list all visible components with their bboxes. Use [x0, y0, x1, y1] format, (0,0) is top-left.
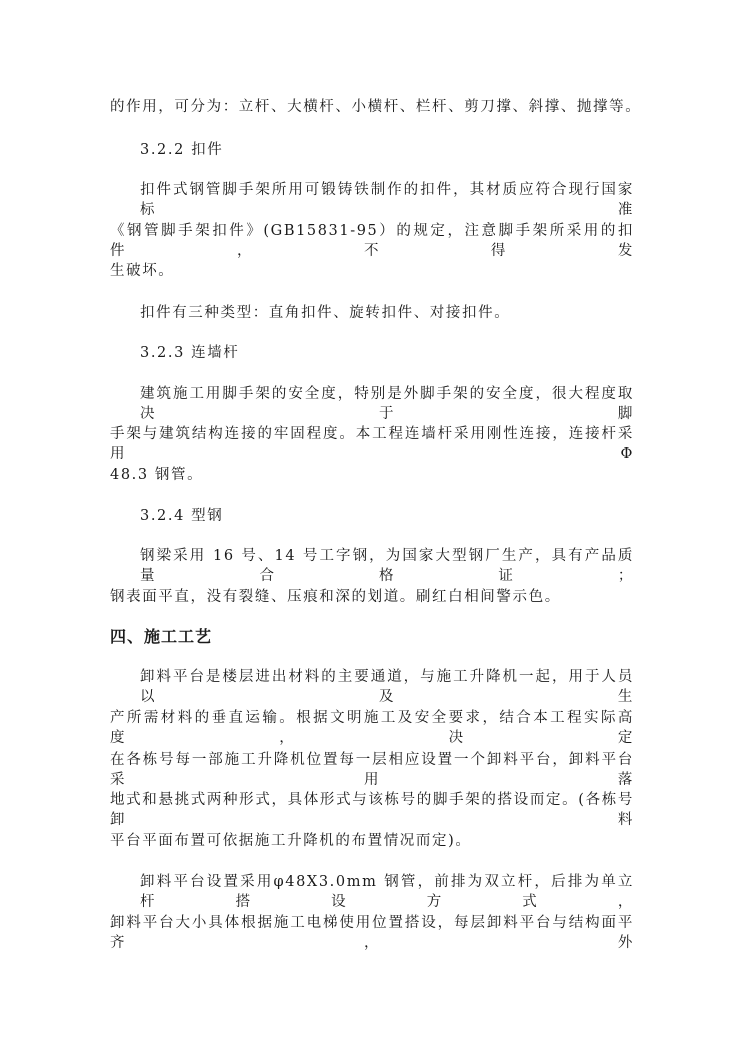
paragraph-line: 手架与建筑结构连接的牢固程度。本工程连墙杆采用刚性连接，连接杆采用Φ: [110, 424, 634, 464]
paragraph-line: 钢梁采用 16 号、14 号工字钢，为国家大型钢厂生产，具有产品质量合格证；: [140, 546, 634, 586]
paragraph-line: 产所需材料的垂直运输。根据文明施工及安全要求，结合本工程实际高度，决定: [110, 708, 634, 748]
paragraph-line: 卸料平台大小具体根据施工电梯使用位置搭设，每层卸料平台与结构面平齐，外: [110, 913, 634, 953]
paragraph-line: 卸料平台是楼层进出材料的主要通道，与施工升降机一起，用于人员以及生: [140, 667, 634, 707]
text-line-continuation: 的作用，可分为：立杆、大横杆、小横杆、栏杆、剪刀撑、斜撑、抛撑等。: [110, 97, 634, 117]
paragraph-line: 在各栋号每一部施工升降机位置每一层相应设置一个卸料平台，卸料平台采用落: [110, 750, 634, 790]
paragraph-line: 48.3 钢管。: [110, 465, 634, 485]
paragraph-line: 《钢管脚手架扣件》(GB15831-95）的规定，注意脚手架所采用的扣件，不得发: [110, 221, 634, 261]
paragraph-line: 卸料平台设置采用φ48X3.0mm 钢管，前排为双立杆，后排为单立杆搭设方式，: [140, 872, 634, 912]
paragraph-line: 扣件式钢管脚手架所用可锻铸铁制作的扣件，其材质应符合现行国家标准: [140, 180, 634, 220]
document-page: 的作用，可分为：立杆、大横杆、小横杆、栏杆、剪刀撑、斜撑、抛撑等。 3.2.2 …: [0, 0, 744, 1052]
chapter-heading-construction-process: 四、施工工艺: [110, 627, 634, 647]
section-heading-3-2-3: 3.2.3 连墙杆: [140, 343, 634, 363]
paragraph-line: 钢表面平直，没有裂缝、压痕和深的划道。刷红白相间警示色。: [110, 587, 634, 607]
paragraph-line: 生破坏。: [110, 261, 634, 281]
paragraph-line: 建筑施工用脚手架的安全度，特别是外脚手架的安全度，很大程度取决于脚: [140, 384, 634, 424]
paragraph-line: 地式和悬挑式两种形式，具体形式与该栋号的脚手架的搭设而定。(各栋号卸料: [110, 790, 634, 830]
section-heading-3-2-4: 3.2.4 型钢: [140, 506, 634, 526]
paragraph-line: 平台平面布置可依据施工升降机的布置情况而定)。: [110, 831, 634, 851]
section-heading-3-2-2: 3.2.2 扣件: [140, 140, 634, 160]
paragraph-line: 扣件有三种类型：直角扣件、旋转扣件、对接扣件。: [140, 303, 634, 323]
